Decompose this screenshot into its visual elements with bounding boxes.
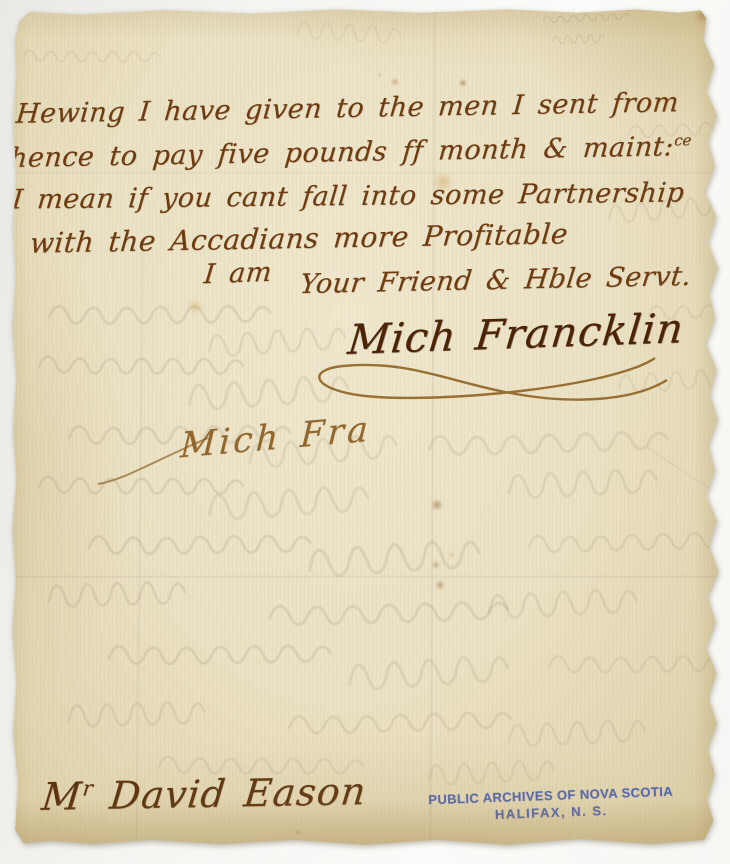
- fold-crease-horizontal-upper: [12, 172, 714, 175]
- pencil-annotation: [543, 9, 629, 44]
- letter-body-line-2-text: hence to pay five pounds ff month & main…: [9, 131, 675, 174]
- fold-crease-vertical-left: [136, 244, 145, 844]
- address-honorific: M: [40, 774, 85, 819]
- address-recipient: Mr David Eason: [40, 769, 369, 819]
- archive-stamp: PUBLIC ARCHIVES OF NOVA SCOTIA HALIFAX, …: [420, 783, 683, 824]
- letter-page: Hewing I have given to the men I sent fr…: [8, 6, 722, 850]
- closing-intro: I am: [202, 257, 273, 291]
- closing-valediction: Your Friend & Hble Servt.: [298, 261, 693, 300]
- signature-partial: Mich Fra: [179, 409, 372, 466]
- fold-crease-horizontal-lower: [10, 576, 718, 579]
- letter-body-line-2-superscript: ce: [673, 131, 692, 149]
- letter-body-line-2: hence to pay five pounds ff month & main…: [9, 131, 692, 174]
- letter-body-line-3: I mean if you cant fall into some Partne…: [11, 177, 686, 215]
- address-name: David Eason: [108, 769, 369, 818]
- address-honorific-superscript: r: [81, 776, 94, 800]
- letter-body-line-4: with the Accadians more Profitable: [29, 217, 570, 259]
- fold-crease-diagonal-right: [645, 447, 712, 492]
- scan-background: Hewing I have given to the men I sent fr…: [0, 0, 730, 864]
- signature: Mich Francklin: [346, 304, 687, 364]
- letter-body-line-1: Hewing I have given to the men I sent fr…: [15, 87, 681, 130]
